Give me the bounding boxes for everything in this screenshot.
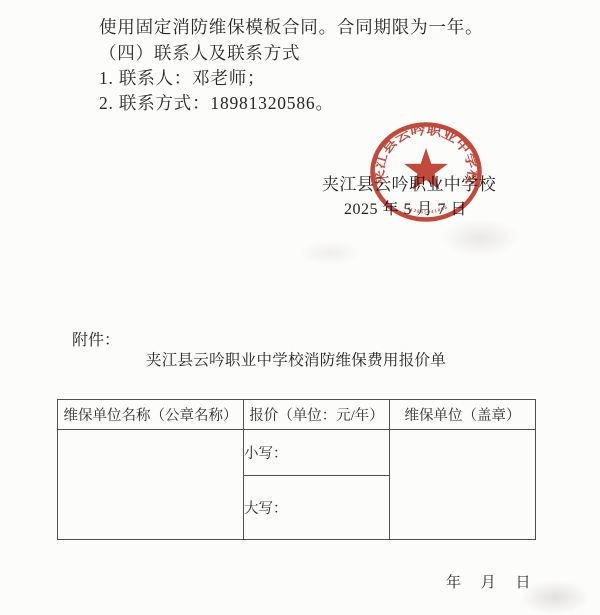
footer-date-line: 年 月 日 (446, 571, 531, 592)
attachment-label: 附件： (72, 327, 120, 350)
header-unit-stamp: 维保单位（盖章） (390, 400, 536, 430)
seal-star (404, 148, 448, 190)
cell-unit-stamp-blank (390, 430, 536, 540)
contract-section-heading: （四）联系人及联系方式 (99, 40, 300, 65)
official-seal: 夹江县云吟职业中学校 5112865041000 (361, 107, 491, 237)
contact-phone-line: 2. 联系方式：18981320586。 (99, 90, 334, 115)
attachment-title: 夹江县云吟职业中学校消防维保费用报价单 (0, 348, 592, 370)
contract-paragraph: 使用固定消防维保模板合同。合同期限为一年。 (99, 14, 483, 39)
cell-price-lowercase: 小写： (244, 430, 390, 476)
cell-unit-name-blank (58, 430, 244, 540)
scan-smudge (300, 240, 360, 266)
table-row: 小写： (58, 430, 536, 476)
scanned-contract-page: 使用固定消防维保模板合同。合同期限为一年。 （四）联系人及联系方式 1. 联系人… (0, 0, 600, 615)
contact-person-line: 1. 联系人：邓老师； (99, 65, 265, 90)
table-header-row: 维保单位名称（公章名称） 报价（单位：元/年） 维保单位（盖章） (58, 400, 536, 430)
header-price: 报价（单位：元/年） (244, 400, 390, 430)
seal-code-text: 5112865041000 (403, 205, 450, 215)
cell-price-uppercase: 大写： (244, 476, 390, 540)
quotation-table: 维保单位名称（公章名称） 报价（单位：元/年） 维保单位（盖章） 小写： 大写： (57, 399, 536, 540)
header-unit-name: 维保单位名称（公章名称） (58, 400, 244, 430)
